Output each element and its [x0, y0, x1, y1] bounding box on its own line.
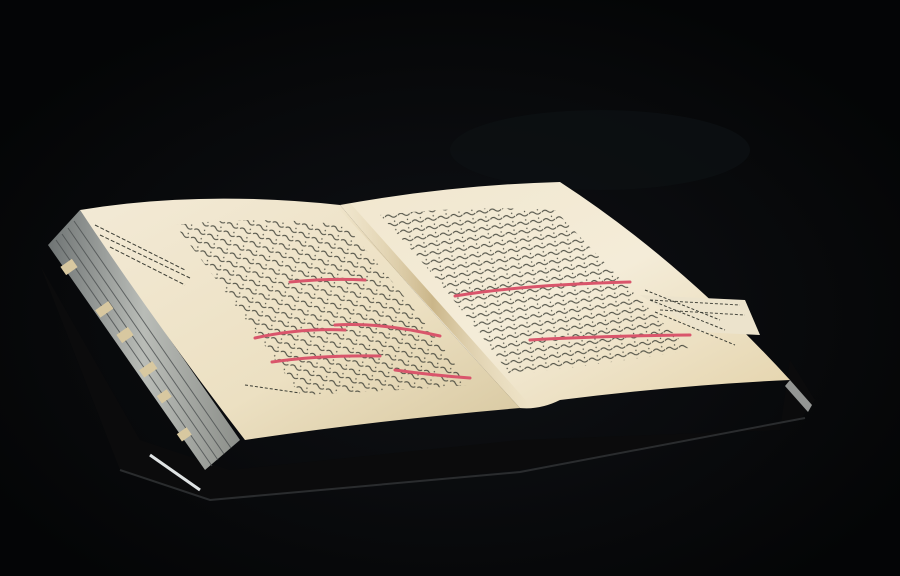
- photo-scene: [0, 0, 900, 576]
- manuscript-illustration: [0, 0, 900, 576]
